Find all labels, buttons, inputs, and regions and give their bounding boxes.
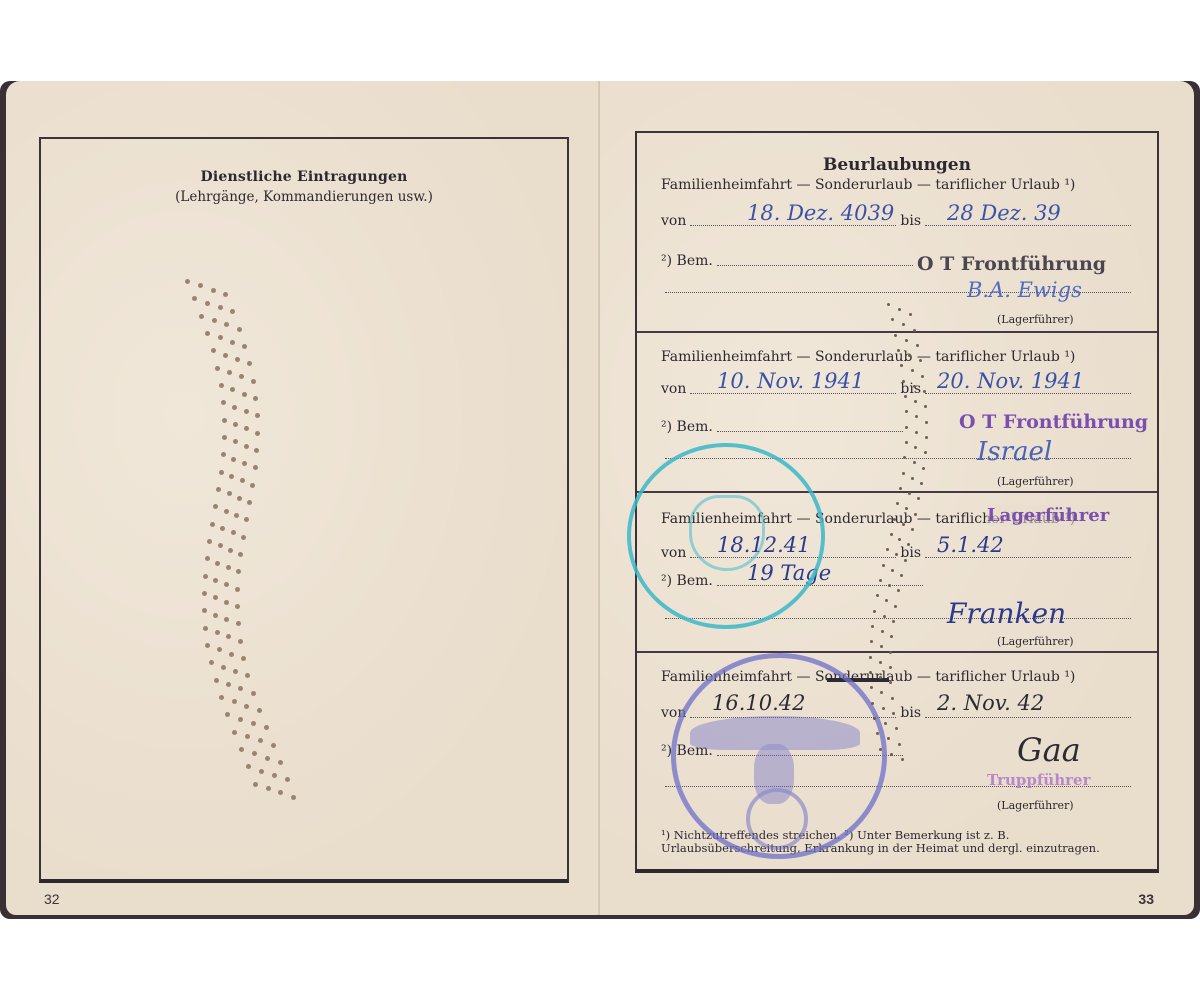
perforation-dot [244, 517, 249, 522]
perforation-dot [247, 361, 252, 366]
perforation-dot [887, 303, 890, 306]
perforation-dot [211, 348, 216, 353]
perforation-dot [259, 769, 264, 774]
perforation-dot [202, 608, 207, 613]
perforation-dot [894, 605, 897, 608]
perforation-dot [253, 782, 258, 787]
perforation-dot [251, 691, 256, 696]
perforation-dot [902, 523, 905, 526]
perforation-dot [265, 756, 270, 761]
perforation-dot [883, 615, 886, 618]
perforation-dot [223, 292, 228, 297]
perforation-dot [244, 409, 249, 414]
perforation-dot [889, 651, 892, 654]
service-entries-title: Dienstliche Eintragungen [41, 169, 567, 185]
perforation-dot [216, 487, 221, 492]
perforation-dot [209, 660, 214, 665]
perforation-dot [232, 699, 237, 704]
to-date: 2. Nov. 42 [937, 691, 1044, 715]
perforation-dot [235, 587, 240, 592]
stamp-lagerfuehrer: Lagerführer [987, 505, 1109, 526]
perforation-dot [925, 436, 928, 439]
perforation-dot [266, 786, 271, 791]
perforation-dot [224, 600, 229, 605]
perforation-dot [247, 500, 252, 505]
perforation-dot [241, 535, 246, 540]
perforation-dot [237, 327, 242, 332]
perforation-dot [272, 773, 277, 778]
perforation-dot [278, 760, 283, 765]
perforation-dot [895, 727, 898, 730]
perforation-dot [205, 556, 210, 561]
page-number-left: 32 [44, 891, 60, 907]
perforation-dot [253, 396, 258, 401]
perforation-dot [879, 748, 882, 751]
perforation-dot [226, 565, 231, 570]
perforation-dot [237, 496, 242, 501]
service-entries-subtitle: (Lehrgänge, Kommandierungen usw.) [41, 189, 567, 205]
perforation-dot [238, 686, 243, 691]
perforation-dot [211, 288, 216, 293]
perforation-dot [227, 370, 232, 375]
perforation-dot [226, 682, 231, 687]
perforation-dot [251, 721, 256, 726]
perforation-dot [227, 491, 232, 496]
signature: Franken [947, 597, 1066, 630]
perforation-dot [235, 604, 240, 609]
perforation-dot [222, 418, 227, 423]
perforation-dot [238, 639, 243, 644]
perforation-dot [215, 630, 220, 635]
to-date: 20. Nov. 1941 [937, 369, 1084, 393]
perforation-dot [224, 509, 229, 514]
perforation-dot [890, 753, 893, 756]
perforation-dot [271, 743, 276, 748]
perforation-dot [220, 526, 225, 531]
perforation-dot [212, 318, 217, 323]
perforation-dot [241, 656, 246, 661]
perforation-dot [213, 595, 218, 600]
signer-label: (Lagerführer) [997, 475, 1074, 488]
from-date: 10. Nov. 1941 [717, 369, 864, 393]
stamp-ot-frontfuehrung: O T Frontführung [959, 411, 1148, 433]
perforation-dot [246, 764, 251, 769]
perforation-dot [230, 340, 235, 345]
perforation-dot [215, 561, 220, 566]
perforation-dot [894, 334, 897, 337]
perforation-dot [911, 528, 914, 531]
perforation-dot [255, 431, 260, 436]
leave-type-line: Familienheimfahrt — Sonderurlaub — tarif… [661, 177, 1135, 193]
perforation-dot [205, 331, 210, 336]
perforation-dot [218, 305, 223, 310]
eagle-emblem-icon [689, 495, 765, 571]
perforation-dot [881, 630, 884, 633]
perforation-dot [205, 643, 210, 648]
perforation-dot [244, 426, 249, 431]
perforation-dot [198, 283, 203, 288]
perforation-dot [219, 383, 224, 388]
from-date: 18. Dez. 4039 [747, 201, 894, 225]
perforation-dot [213, 613, 218, 618]
perforation-dot [232, 405, 237, 410]
perforation-dot [205, 301, 210, 306]
perforation-dot [207, 539, 212, 544]
perforation-dot [244, 444, 249, 449]
stamp-ot-frontfuehrung: O T Frontführung [917, 253, 1106, 275]
perforation-dot [245, 673, 250, 678]
signer-label: (Lagerführer) [997, 635, 1074, 648]
perforation-dot [199, 314, 204, 319]
perforation-dot [898, 743, 901, 746]
perforation-dot [214, 678, 219, 683]
perforation-dot [240, 478, 245, 483]
perforation-dot [233, 669, 238, 674]
perforation-dot [238, 552, 243, 557]
perforation-dot [285, 777, 290, 782]
signer-label: (Lagerführer) [997, 799, 1074, 812]
perforation-dot [911, 477, 914, 480]
perforation-dot [869, 656, 872, 659]
perforation-dot [223, 353, 228, 358]
leave-record-frame: Beurlaubungen Familienheimfahrt — Sonder… [635, 131, 1159, 873]
perforation-dot [264, 725, 269, 730]
perforation-dot [218, 543, 223, 548]
signature: Gaa [1017, 731, 1081, 769]
perforation-dot [219, 470, 224, 475]
leave-heading: Beurlaubungen [637, 155, 1157, 175]
perforation-dot [232, 730, 237, 735]
perforation-dot [242, 392, 247, 397]
perforation-dot [225, 712, 230, 717]
perforation-dot [230, 387, 235, 392]
perforation-dot [255, 413, 260, 418]
perforation-dot [221, 400, 226, 405]
perforation-dot [245, 734, 250, 739]
perforation-dot [215, 366, 220, 371]
perforation-dot [226, 634, 231, 639]
perforation-dot [221, 665, 226, 670]
perforation-dot [229, 474, 234, 479]
perforation-dot [905, 339, 908, 342]
signature: B.A. Ewigs [967, 278, 1082, 302]
perforation-dot [221, 452, 226, 457]
perforation-dot [234, 513, 239, 518]
perforation-dot [905, 426, 908, 429]
blue-official-stamp [671, 653, 887, 859]
perforation-dot [253, 465, 258, 470]
perforation-dot [224, 322, 229, 327]
perforation-dot [192, 296, 197, 301]
perforation-dot [901, 758, 904, 761]
to-date: 5.1.42 [937, 533, 1004, 557]
perforation-dot [904, 559, 907, 562]
perforation-dot [902, 472, 905, 475]
perforation-dot [231, 457, 236, 462]
page-32: Dienstliche Eintragungen (Lehrgänge, Kom… [6, 81, 600, 915]
perforation-dot [242, 461, 247, 466]
perforation-dot [236, 621, 241, 626]
perforation-dot [244, 704, 249, 709]
leave-entry-1: Beurlaubungen Familienheimfahrt — Sonder… [637, 133, 1157, 333]
perforation-dot [213, 578, 218, 583]
perforation-dot [242, 344, 247, 349]
perforation-dot [920, 482, 923, 485]
perforation-dot [230, 309, 235, 314]
perforation-dot [239, 747, 244, 752]
perforation-dot [210, 522, 215, 527]
stamp-truppfuehrer: Truppführer [987, 771, 1090, 789]
perforation-dot [278, 790, 283, 795]
perforation-dot [258, 738, 263, 743]
perforation-dot [203, 626, 208, 631]
perforation-dot [228, 548, 233, 553]
perforation-dot [202, 591, 207, 596]
perforation-dot [913, 329, 916, 332]
perforation-dot [904, 395, 907, 398]
perforation-dot [891, 697, 894, 700]
perforation-dot [252, 751, 257, 756]
perforation-dot [254, 448, 259, 453]
perforation-dot [902, 380, 905, 383]
perforation-dot [879, 661, 882, 664]
perforation-dot [914, 513, 917, 516]
perforation-dot [229, 652, 234, 657]
perforation-dot [213, 504, 218, 509]
perforation-dot [238, 717, 243, 722]
perforation-dot [905, 441, 908, 444]
perforation-dot [217, 647, 222, 652]
perforation-dot [203, 574, 208, 579]
perforation-dot [218, 335, 223, 340]
perforation-dot [893, 518, 896, 521]
perforation-dot [915, 431, 918, 434]
perforation-dot [291, 795, 296, 800]
perforation-dot [236, 569, 241, 574]
perforation-dot [219, 695, 224, 700]
perforation-dot [884, 722, 887, 725]
to-date: 28 Dez. 39 [947, 201, 1061, 225]
perforation-dot [233, 422, 238, 427]
perforation-dot [871, 702, 874, 705]
perforation-dot [251, 379, 256, 384]
signer-label: (Lagerführer) [997, 313, 1074, 326]
open-booklet: Dienstliche Eintragungen (Lehrgänge, Kom… [0, 81, 1200, 919]
perforation-dot [257, 708, 262, 713]
page-number-right: 33 [1138, 891, 1154, 907]
perforation-dot [925, 421, 928, 424]
signature: Israel [977, 437, 1052, 467]
perforation-dot [231, 530, 236, 535]
page-33: Beurlaubungen Familienheimfahrt — Sonder… [600, 81, 1194, 915]
wreath-icon [746, 788, 808, 850]
perforation-dot [222, 435, 227, 440]
perforation-dot [250, 483, 255, 488]
perforation-dot [882, 707, 885, 710]
perforation-dot [233, 439, 238, 444]
perforation-dot [235, 357, 240, 362]
perforation-dot [892, 620, 895, 623]
service-entries-frame: Dienstliche Eintragungen (Lehrgänge, Kom… [39, 137, 569, 883]
perforation-dot [224, 617, 229, 622]
perforation-dot [185, 279, 190, 284]
perforation-dot [890, 533, 893, 536]
remark-line: ²) Bem. [661, 419, 907, 435]
remark-line: ²) Bem. [661, 253, 917, 269]
perforation-dot [900, 574, 903, 577]
perforation-dot [922, 467, 925, 470]
perforation-dot [913, 385, 916, 388]
perforation-dot [239, 374, 244, 379]
date-line: von bis [661, 213, 1135, 229]
cyan-official-stamp [627, 443, 825, 629]
perforation-dot [224, 582, 229, 587]
perforation-dot [889, 666, 892, 669]
